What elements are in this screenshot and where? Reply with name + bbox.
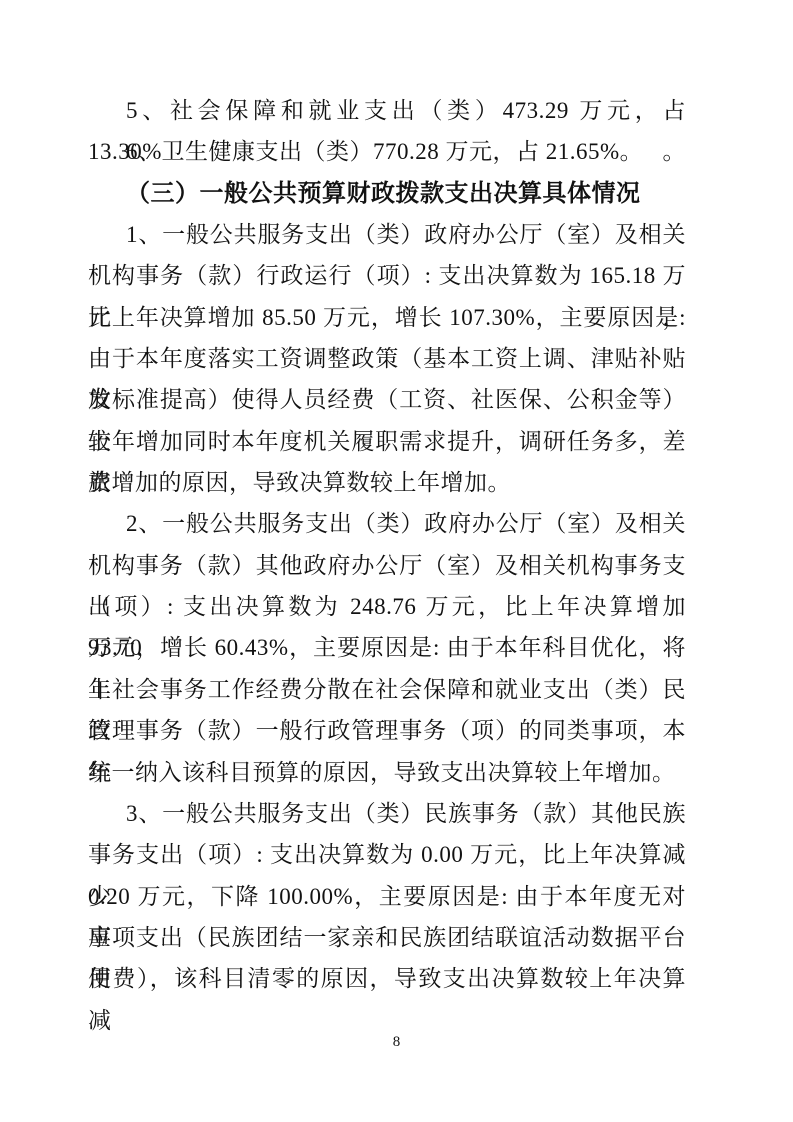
text-line: 年社会事务工作经费分散在社会保障和就业支出（类）民政 xyxy=(88,669,686,710)
text-line: 机构事务（款）行政运行（项）: 支出决算数为 165.18 万元， xyxy=(88,255,686,296)
page-number: 8 xyxy=(0,1034,793,1051)
text-block: 5、社会保障和就业支出（类）473.29 万元，占 13.30%。 6、卫生健康… xyxy=(88,90,686,1000)
text-line: 比上年决算增加 85.50 万元，增长 107.30%，主要原因是: xyxy=(88,297,686,338)
text-line: 管理事务（款）一般行政管理事务（项）的同类事项，本年 xyxy=(88,710,686,751)
text-line: 统一纳入该科目预算的原因，导致支出决算较上年增加。 xyxy=(88,752,686,793)
text-line: 3、一般公共服务支出（类）民族事务（款）其他民族 xyxy=(88,793,686,834)
text-line: 由于本年度落实工资调整政策（基本工资上调、津贴补贴发 xyxy=(88,338,686,379)
text-line: 万元，增长 60.43%，主要原因是: 由于本年科目优化，将上 xyxy=(88,627,686,668)
text-line: 机构事务（款）其他政府办公厅（室）及相关机构事务支出 xyxy=(88,545,686,586)
text-line: 1、一般公共服务支出（类）政府办公厅（室）及相关 xyxy=(88,214,686,255)
text-line: 上年增加同时本年度机关履职需求提升，调研任务多，差旅 xyxy=(88,421,686,462)
text-line: 事项支出（民族团结一家亲和民族团结联谊活动数据平台使 xyxy=(88,917,686,958)
text-line: 用费），该科目清零的原因，导致支出决算数较上年决算减 xyxy=(88,958,686,999)
text-line: 费增加的原因，导致决算数较上年增加。 xyxy=(88,462,686,503)
text-line: 5、社会保障和就业支出（类）473.29 万元，占 13.30%。 xyxy=(88,90,686,131)
text-line: （项）: 支出决算数为 248.76 万元，比上年决算增加 93.70 xyxy=(88,586,686,627)
section-heading: （三）一般公共预算财政拨款支出决算具体情况 xyxy=(88,173,686,214)
text-line: 事务支出（项）: 支出决算数为 0.00 万元，比上年决算减少 xyxy=(88,834,686,875)
text-line: 放标准提高）使得人员经费（工资、社医保、公积金等）较 xyxy=(88,379,686,420)
document-page: 5、社会保障和就业支出（类）473.29 万元，占 13.30%。 6、卫生健康… xyxy=(0,0,793,1122)
text-line: 0.20 万元，下降 100.00%，主要原因是: 由于本年度无对应 xyxy=(88,876,686,917)
text-line: 2、一般公共服务支出（类）政府办公厅（室）及相关 xyxy=(88,503,686,544)
text-line: 6、卫生健康支出（类）770.28 万元，占 21.65%。 xyxy=(88,131,686,172)
